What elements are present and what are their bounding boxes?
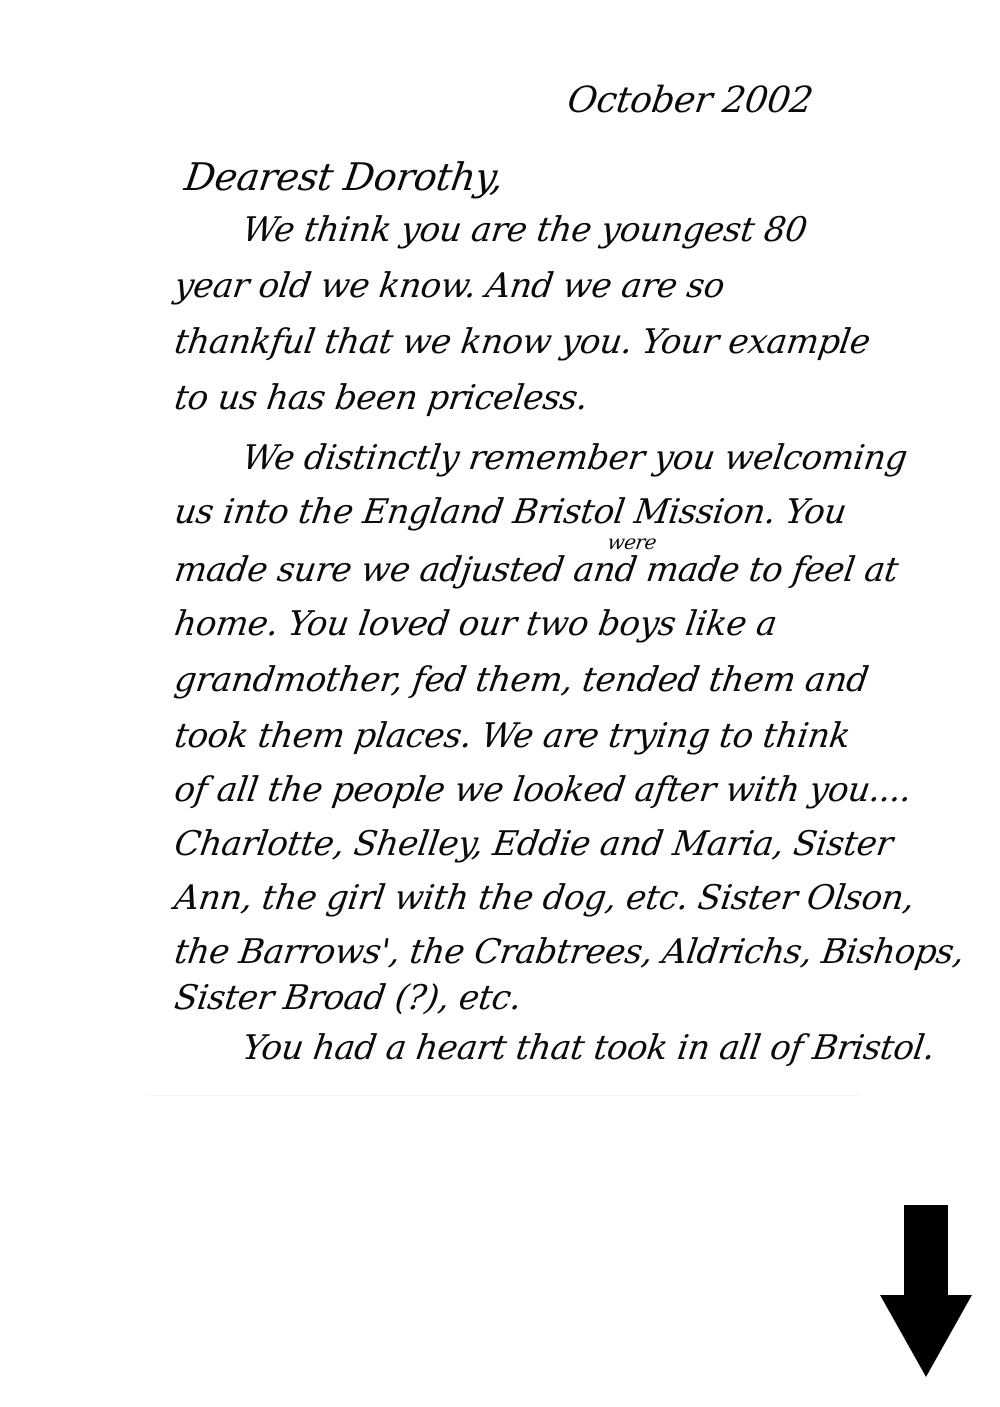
letter-line: We distinctly remember you welcoming [240, 438, 910, 478]
letter-line: Charlotte, Shelley, Eddie and Maria, Sis… [172, 824, 895, 864]
letter-line: of all the people we looked after with y… [172, 770, 914, 810]
letter-line: Ann, the girl with the dog, etc. Sister … [172, 878, 916, 918]
letter-line: We think you are the youngest 80 [240, 210, 809, 250]
letter-line: year old we know. And we are so [172, 266, 727, 306]
letter-line: made sure we adjusted and made to feel a… [172, 550, 900, 590]
letter-line: You had a heart that took in all of Bris… [240, 1028, 937, 1068]
letter-line: us into the England Bristol Mission. You [172, 492, 849, 532]
letter-line: took them places. We are trying to think [172, 716, 852, 756]
letter-line: home. You loved our two boys like a [172, 604, 779, 644]
letter-line: the Barrows', the Crabtrees, Aldrichs, B… [172, 932, 966, 972]
letter-salutation: Dearest Dorothy, [182, 155, 506, 199]
letter-line: Sister Broad (?), etc. [172, 978, 524, 1018]
letter-line: grandmother, fed them, tended them and [172, 660, 871, 700]
letter-line: thankful that we know you. Your example [172, 322, 873, 362]
down-arrow-icon[interactable] [880, 1205, 972, 1377]
letter-date: October 2002 [565, 80, 815, 121]
letter-line: to us has been priceless. [172, 378, 590, 418]
